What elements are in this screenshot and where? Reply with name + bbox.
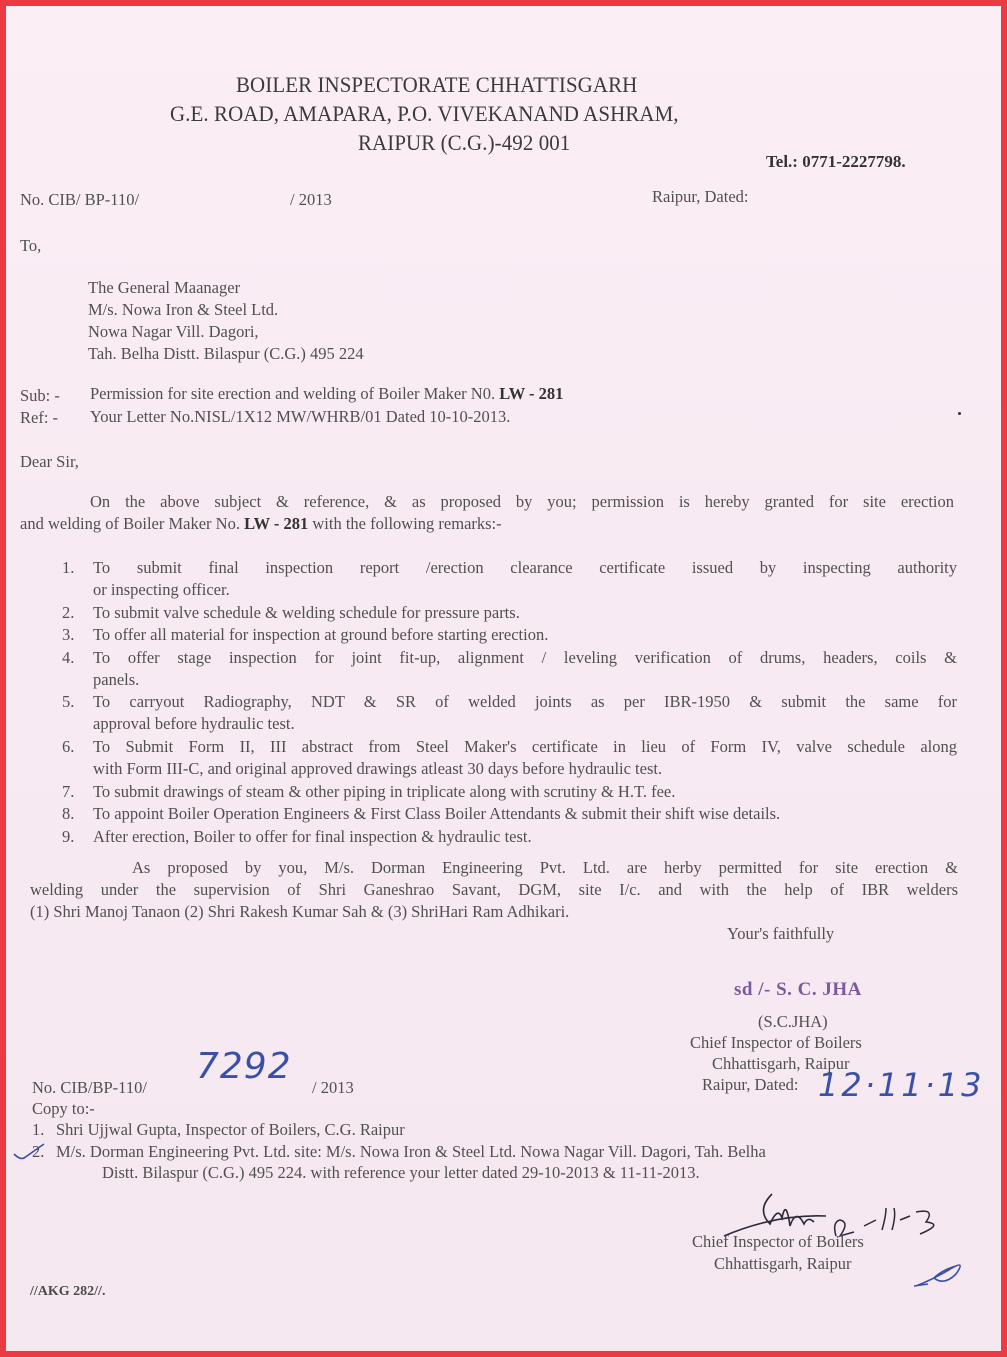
signoff-dated-label: Raipur, Dated: xyxy=(702,1075,798,1095)
signature-stamp: sd /- S. C. JHA xyxy=(734,979,862,1001)
remark-text: To submit drawings of steam & other pipi… xyxy=(93,782,675,802)
subject-body: Permission for site erection and welding… xyxy=(90,384,495,403)
remark-number: 8. xyxy=(62,804,74,824)
remark-number: 6. xyxy=(62,737,74,757)
closing-line-3: (1) Shri Manoj Tanaon (2) Shri Rakesh Ku… xyxy=(30,902,569,922)
remark-number: 9. xyxy=(62,827,74,847)
ref-number: No. CIB/ BP-110/ xyxy=(20,190,139,210)
subject-text: Permission for site erection and welding… xyxy=(90,384,563,404)
checkmark-icon xyxy=(10,1140,50,1164)
copy-item-continuation: Distt. Bilaspur (C.G.) 495 224. with ref… xyxy=(102,1163,700,1183)
footer-reference-code: //AKG 282//. xyxy=(30,1284,105,1300)
copy-item: 1.Shri Ujjwal Gupta, Inspector of Boiler… xyxy=(32,1120,405,1140)
signatory-title: Chief Inspector of Boilers xyxy=(690,1033,862,1053)
remark-text: To Submit Form II, III abstract from Ste… xyxy=(93,737,957,757)
subject-label: Sub: - xyxy=(20,386,60,406)
remark-text: After erection, Boiler to offer for fina… xyxy=(93,827,532,847)
intro-text: and welding of Boiler Maker No. xyxy=(20,514,240,533)
remark-text: approval before hydraulic test. xyxy=(93,714,295,734)
remark-text: To appoint Boiler Operation Engineers & … xyxy=(93,804,780,824)
recipient-line: M/s. Nowa Iron & Steel Ltd. xyxy=(88,300,278,320)
remark-text: To offer all material for inspection at … xyxy=(93,625,548,645)
intro-line-1: On the above subject & reference, & as p… xyxy=(90,492,954,512)
remark-number: 7. xyxy=(62,782,74,802)
copy-to-label: Copy to:- xyxy=(32,1099,95,1119)
copy-item: 2.M/s. Dorman Engineering Pvt. Ltd. site… xyxy=(32,1142,766,1162)
remark-text: To offer stage inspection for joint fit-… xyxy=(93,648,957,668)
closing-line-1: As proposed by you, M/s. Dorman Engineer… xyxy=(132,858,958,878)
salutation: Dear Sir, xyxy=(20,452,79,472)
intro-text: with the following remarks:- xyxy=(312,514,501,533)
boiler-maker-number: LW - 281 xyxy=(244,514,308,533)
handwritten-date: 12·11·13 xyxy=(818,1066,985,1104)
remark-number: 4. xyxy=(62,648,74,668)
yours-faithfully: Your's faithfully xyxy=(727,924,834,944)
letter-page: BOILER INSPECTORATE CHHATTISGARH G.E. RO… xyxy=(6,6,1001,1351)
reference-text: Your Letter No.NISL/1X12 MW/WHRB/01 Date… xyxy=(90,407,510,427)
remark-text: To carryout Radiography, NDT & SR of wel… xyxy=(93,692,957,712)
ref-dated: Raipur, Dated: xyxy=(652,187,748,207)
remark-text: To submit final inspection report /erect… xyxy=(93,558,957,578)
copy-item-number: 1. xyxy=(32,1120,56,1140)
boiler-maker-number: LW - 281 xyxy=(499,384,563,403)
letterhead-city: RAIPUR (C.G.)-492 001 xyxy=(358,130,570,156)
recipient-line: Tah. Belha Distt. Bilaspur (C.G.) 495 22… xyxy=(88,344,364,364)
recipient-line: The General Maanager xyxy=(88,278,240,298)
remark-text: or inspecting officer. xyxy=(93,580,230,600)
final-signatory-place: Chhattisgarh, Raipur xyxy=(714,1254,851,1274)
copy-year: / 2013 xyxy=(312,1078,354,1098)
remark-number: 2. xyxy=(62,603,74,623)
letterhead-tel: Tel.: 0771-2227798. xyxy=(766,152,906,172)
handwritten-dispatch-number: 7292 xyxy=(196,1046,292,1087)
remark-text: To submit valve schedule & welding sched… xyxy=(93,603,520,623)
to-label: To, xyxy=(20,236,41,256)
remark-text: with Form III-C, and original approved d… xyxy=(93,759,662,779)
remark-text: panels. xyxy=(93,670,139,690)
closing-line-2: welding under the supervision of Shri Ga… xyxy=(30,880,958,900)
copy-number-prefix: No. CIB/BP-110/ xyxy=(32,1078,147,1098)
reference-label: Ref: - xyxy=(20,408,58,428)
remark-number: 5. xyxy=(62,692,74,712)
letterhead-title: BOILER INSPECTORATE CHHATTISGARH xyxy=(236,72,637,98)
final-signatory-title: Chief Inspector of Boilers xyxy=(692,1232,864,1252)
ref-year: / 2013 xyxy=(290,190,332,210)
remark-number: 3. xyxy=(62,625,74,645)
speck xyxy=(958,412,961,415)
recipient-line: Nowa Nagar Vill. Dagori, xyxy=(88,322,259,342)
copy-item-text: M/s. Dorman Engineering Pvt. Ltd. site: … xyxy=(56,1142,766,1161)
remark-number: 1. xyxy=(62,558,74,578)
copy-item-text: Shri Ujjwal Gupta, Inspector of Boilers,… xyxy=(56,1120,405,1139)
signatory-name: (S.C.JHA) xyxy=(758,1012,828,1032)
letterhead-address: G.E. ROAD, AMAPARA, P.O. VIVEKANAND ASHR… xyxy=(170,101,679,127)
intro-line-2: and welding of Boiler Maker No. LW - 281… xyxy=(20,514,502,534)
